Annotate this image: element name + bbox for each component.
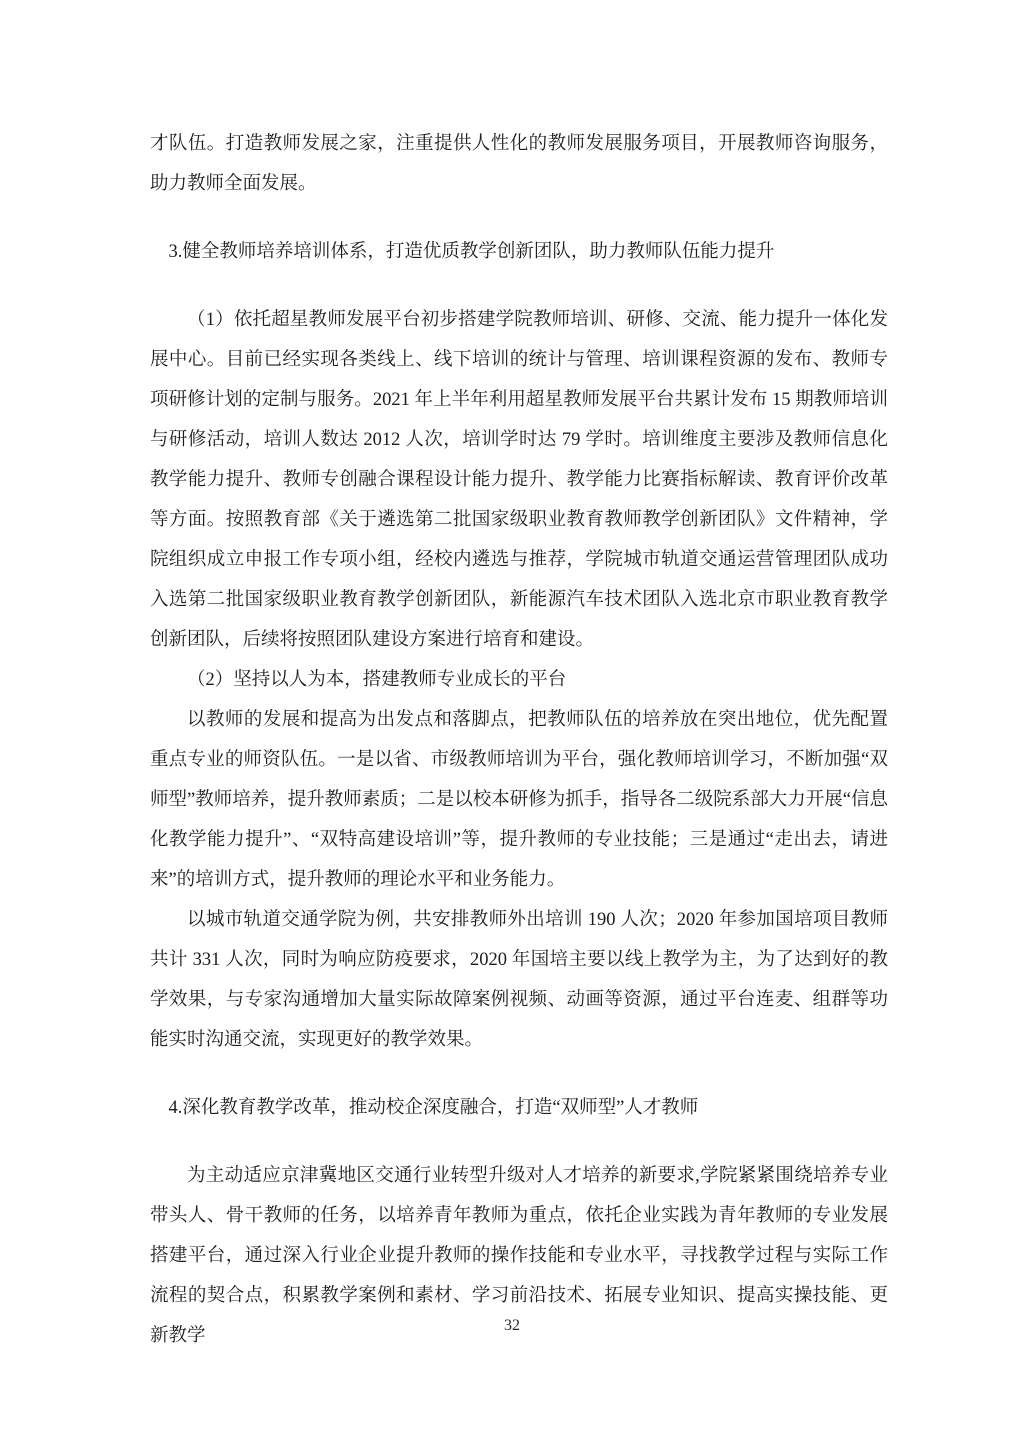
section-3-item-1-paragraph: （1）依托超星教师发展平台初步搭建学院教师培训、研修、交流、能力提升一体化发展中…	[150, 300, 888, 660]
section-3-heading: 3.健全教师培养培训体系，打造优质教学创新团队，助力教师队伍能力提升	[150, 232, 888, 272]
document-page: 才队伍。打造教师发展之家，注重提供人性化的教师发展服务项目，开展教师咨询服务，助…	[0, 0, 1024, 1448]
page-footer: 32	[0, 1314, 1024, 1338]
document-body: 才队伍。打造教师发展之家，注重提供人性化的教师发展服务项目，开展教师咨询服务，助…	[150, 124, 888, 1356]
section-3-item-2-paragraph-2: 以城市轨道交通学院为例，共安排教师外出培训 190 人次；2020 年参加国培项…	[150, 900, 888, 1060]
continuation-paragraph: 才队伍。打造教师发展之家，注重提供人性化的教师发展服务项目，开展教师咨询服务，助…	[150, 124, 888, 204]
section-4-heading: 4.深化教育教学改革，推动校企深度融合，打造“双师型”人才教师	[150, 1088, 888, 1128]
page-number: 32	[504, 1317, 520, 1334]
section-3-item-2-heading: （2）坚持以人为本，搭建教师专业成长的平台	[150, 660, 888, 700]
section-3-item-2-paragraph-1: 以教师的发展和提高为出发点和落脚点，把教师队伍的培养放在突出地位，优先配置重点专…	[150, 700, 888, 900]
